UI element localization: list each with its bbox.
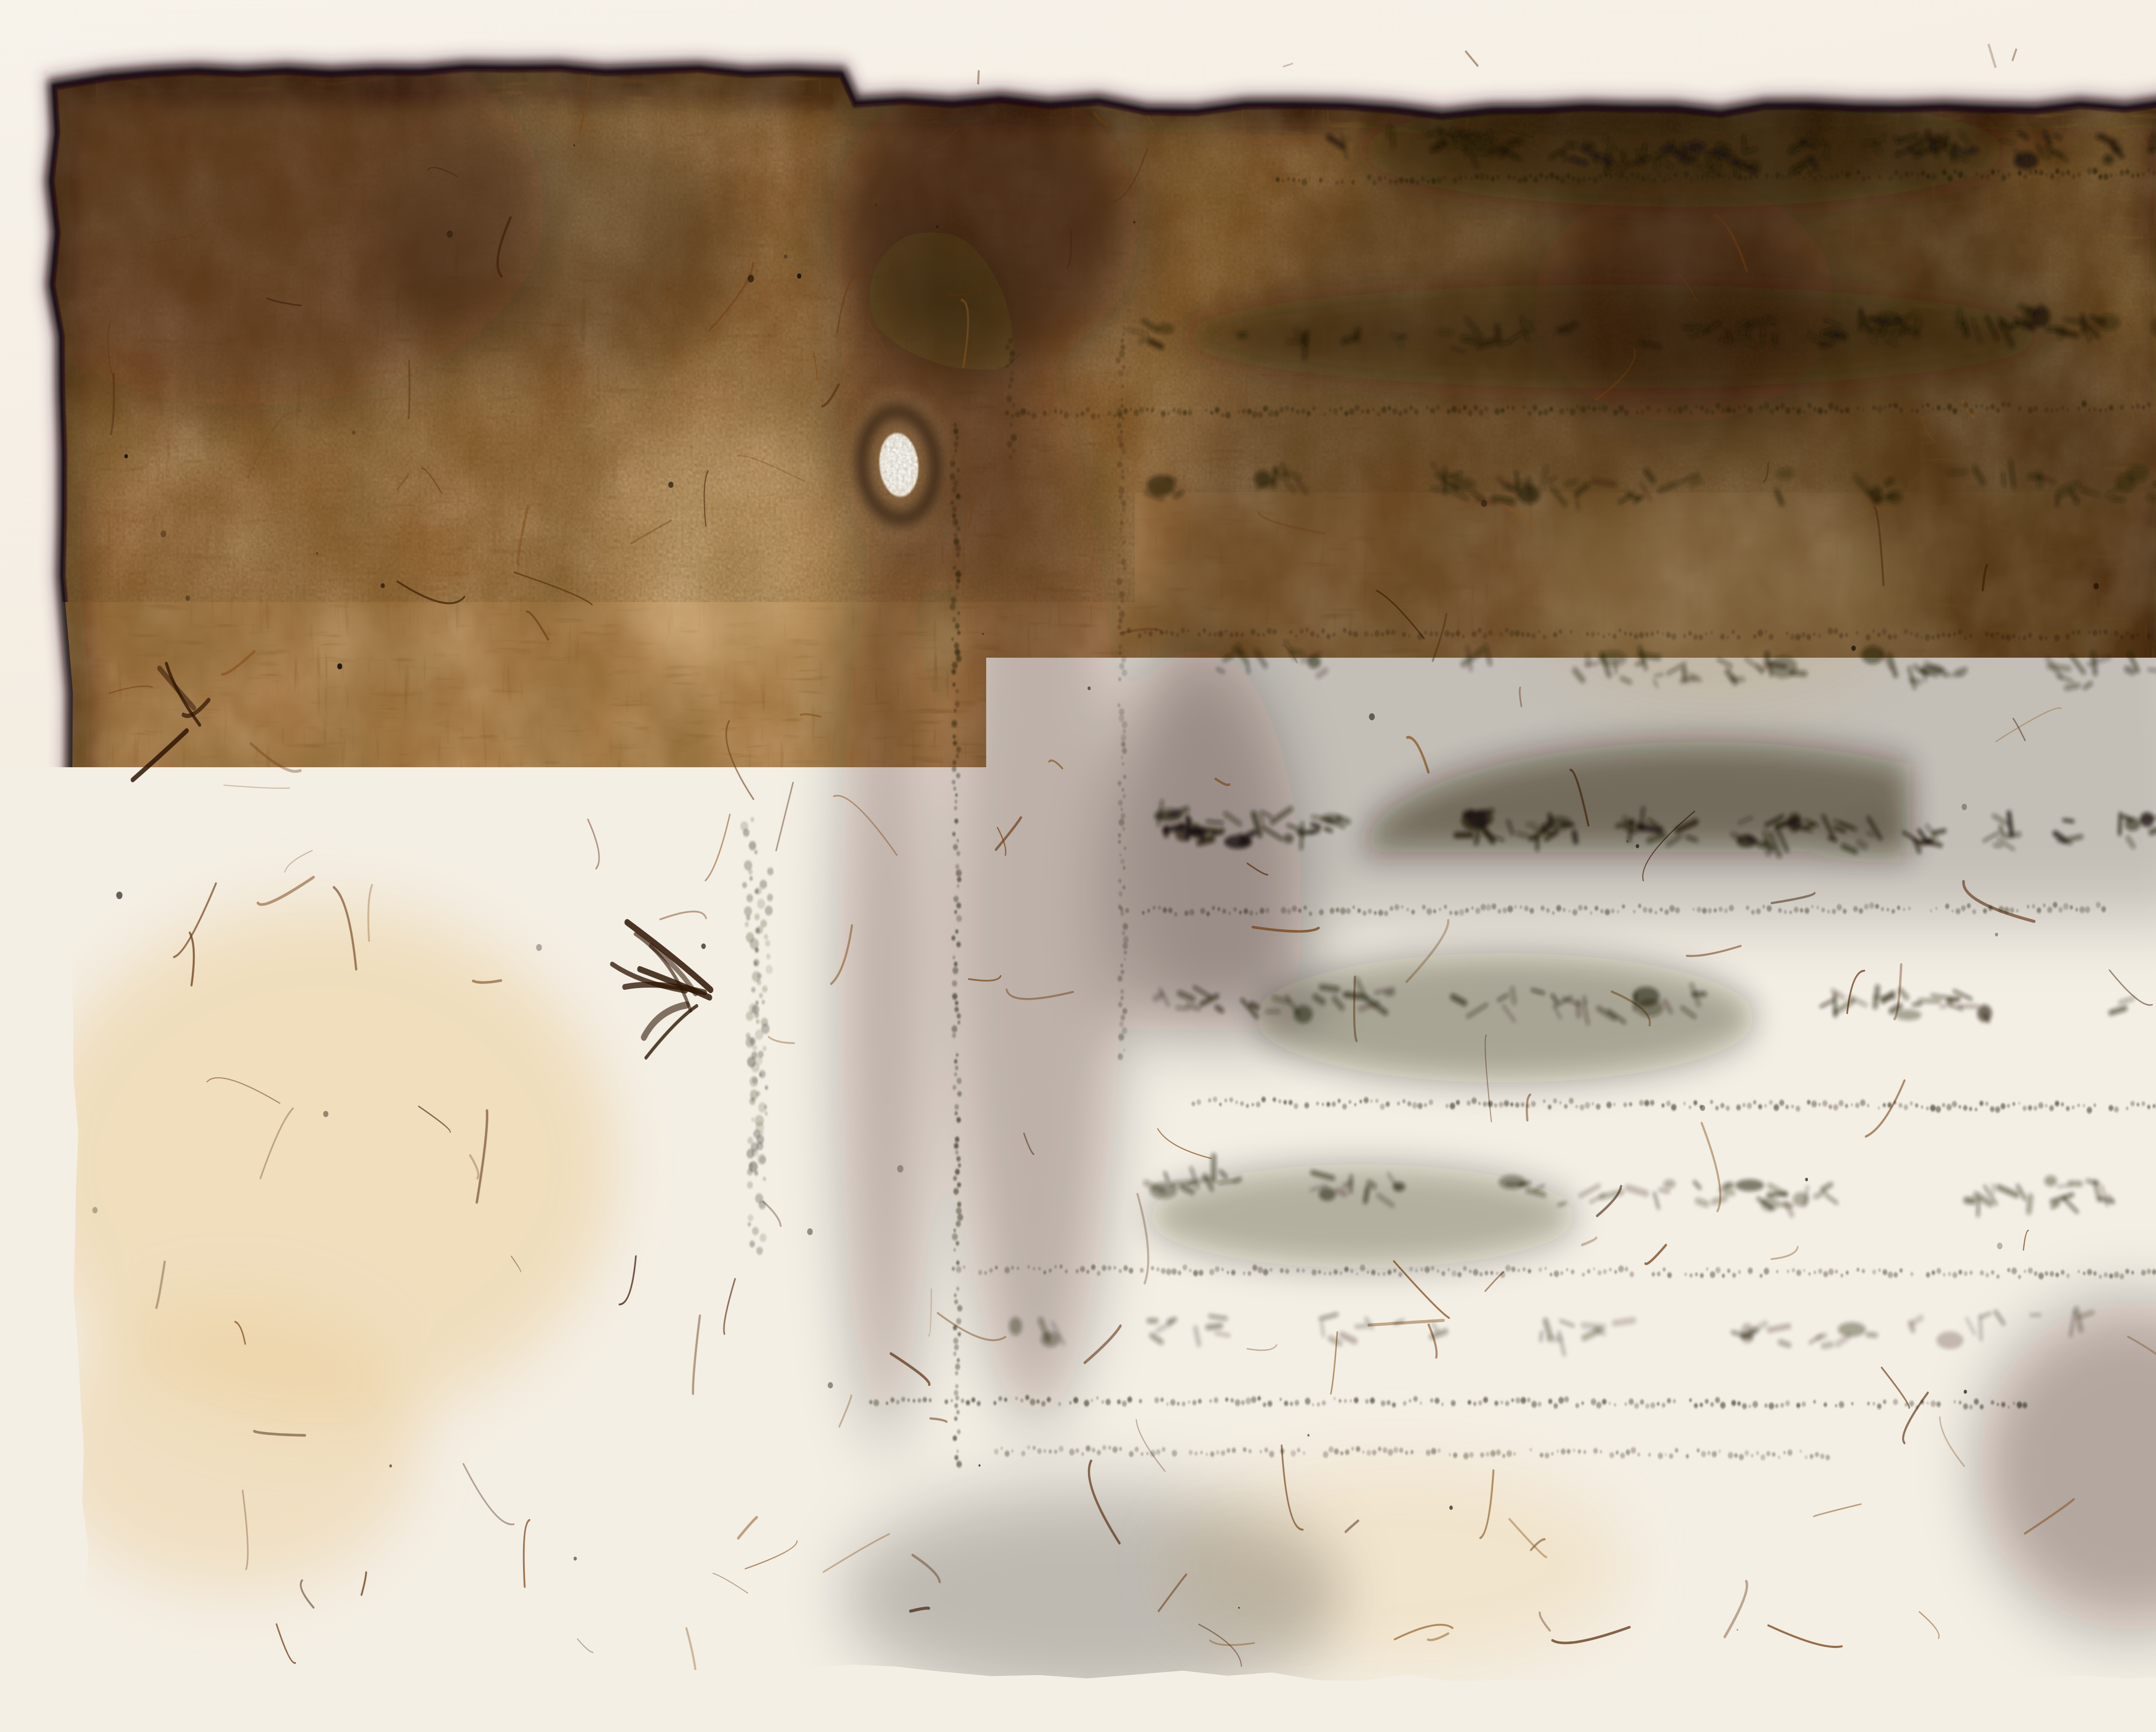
photo-grain — [36, 60, 2156, 1699]
manuscript-photograph — [0, 0, 2156, 1732]
manuscript-leaf — [0, 0, 2156, 1732]
manuscript-photo-canvas — [0, 0, 2156, 1732]
